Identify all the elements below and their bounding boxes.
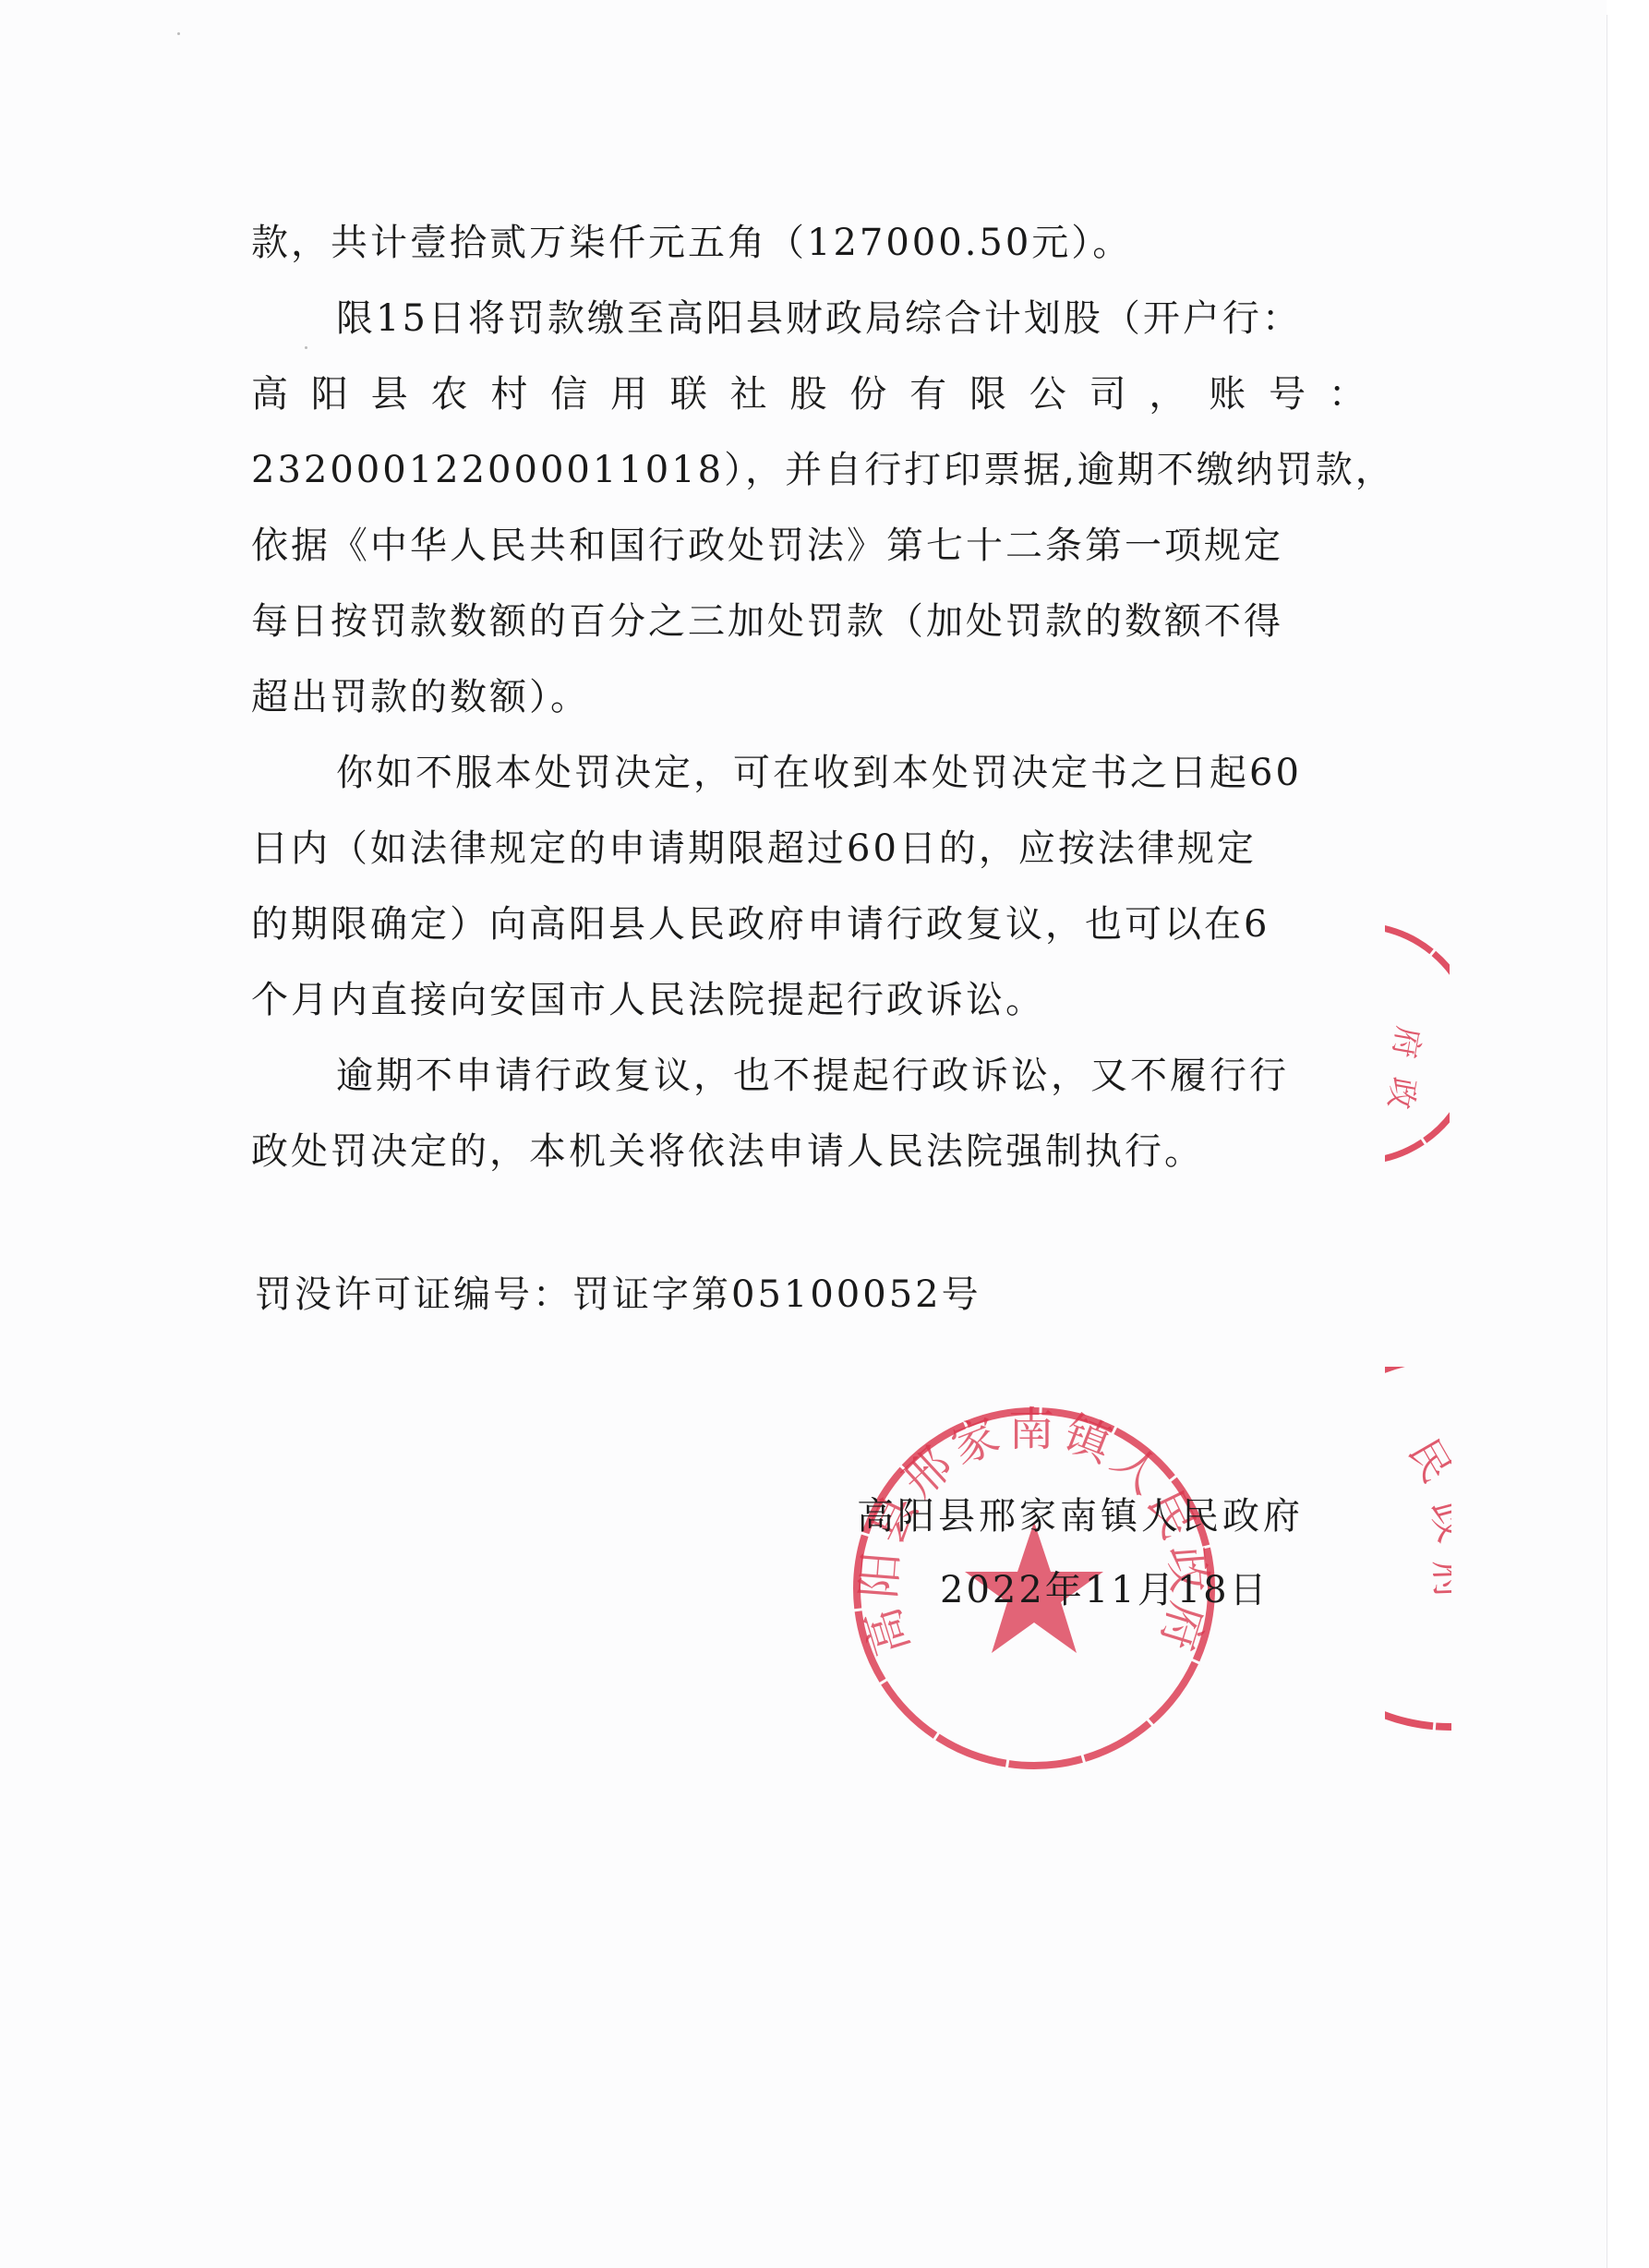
char: 信 (550, 356, 590, 432)
char: 社 (730, 356, 770, 432)
char: 股 (789, 356, 829, 432)
paragraph-3-line-3: 的期限确定）向高阳县人民政府申请行政复议，也可以在6 (251, 887, 1368, 962)
paragraph-2-line-5: 每日按罚款数额的百分之三加处罚款（加处罚款的数额不得 (251, 584, 1368, 659)
char: 联 (670, 356, 710, 432)
char: 公 (1029, 356, 1069, 432)
paragraph-3-line-1: 你如不服本处罚决定，可在收到本处罚决定书之日起60 (251, 735, 1368, 811)
paragraph-4-line-2: 政处罚决定的，本机关将依法申请人民法院强制执行。 (251, 1114, 1368, 1189)
paragraph-2-line-3: 232000122000011018），并自行打印票据,逾期不缴纳罚款， (251, 432, 1368, 508)
paragraph-1-line-1: 款，共计壹拾贰万柒仟元五角（127000.50元）。 (251, 205, 1368, 281)
char: 限 (969, 356, 1009, 432)
penalty-license-number: 罚没许可证编号：罚证字第05100052号 (255, 1265, 981, 1318)
paragraph-3-line-4: 个月内直接向安国市人民法院提起行政诉讼。 (251, 962, 1368, 1038)
paragraph-4-line-1: 逾期不申请行政复议，也不提起行政诉讼，又不履行行 (251, 1038, 1368, 1114)
char: ， (1149, 356, 1188, 432)
paragraph-2-line-2-bank: 高 阳 县 农 村 信 用 联 社 股 份 有 限 公 司 ， 账 号 ： (251, 356, 1368, 432)
char: 有 (909, 356, 949, 432)
char: 司 (1089, 356, 1129, 432)
char: 高 (251, 356, 291, 432)
char: 阳 (311, 356, 351, 432)
scan-margin (1607, 0, 1649, 2268)
char: 农 (430, 356, 470, 432)
char: ： (1329, 356, 1368, 432)
char: 账 (1209, 356, 1248, 432)
char: 份 (849, 356, 889, 432)
paragraph-2-line-6: 超出罚款的数额）。 (251, 659, 1368, 735)
char: 用 (610, 356, 650, 432)
paragraph-2-line-4: 依据《中华人民共和国行政处罚法》第七十二条第一项规定 (251, 508, 1368, 584)
scan-speck (177, 32, 180, 35)
char: 县 (371, 356, 411, 432)
document-body: 款，共计壹拾贰万柒仟元五角（127000.50元）。 限15日将罚款缴至高阳县财… (251, 205, 1368, 1189)
char: 号 (1269, 356, 1308, 432)
issuing-authority: 高阳县邢家南镇人民政府 (857, 1487, 1304, 1539)
paragraph-3-line-2: 日内（如法律规定的申请期限超过60日的，应按法律规定 (251, 811, 1368, 887)
char: 村 (490, 356, 530, 432)
paragraph-2-line-1: 限15日将罚款缴至高阳县财政局综合计划股（开户行： (251, 281, 1368, 356)
issue-date: 2022年11月18日 (940, 1561, 1270, 1613)
